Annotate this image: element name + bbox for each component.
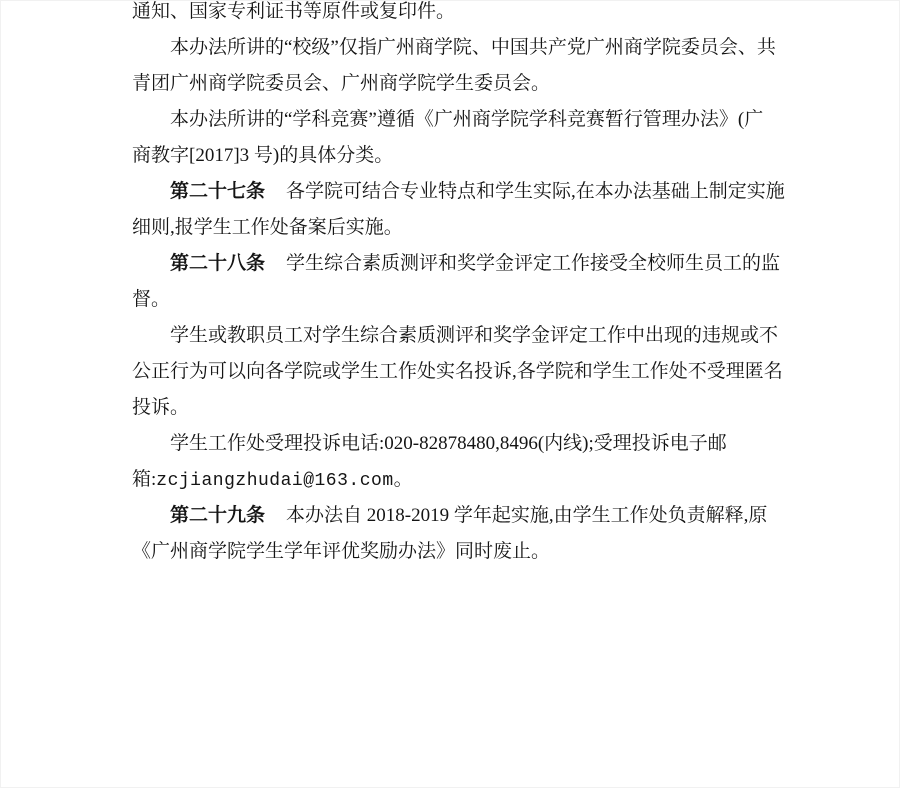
doc-line-text: 本办法所讲的“校级”仅指广州商学院、中国共产党广州商学院委员会、共 [170, 37, 776, 58]
doc-line-text: 公正行为可以向各学院或学生工作处实名投诉,各学院和学生工作处不受理匿名 [132, 361, 783, 382]
doc-line: 通知、国家专利证书等原件或复印件。 [132, 0, 892, 30]
doc-line: 投诉。 [132, 390, 892, 426]
document-text-block: 通知、国家专利证书等原件或复印件。 本办法所讲的“校级”仅指广州商学院、中国共产… [132, 0, 892, 570]
doc-line-text: 青团广州商学院委员会、广州商学院学生委员会。 [132, 73, 550, 94]
doc-line-text: 督。 [132, 289, 170, 310]
doc-line-text: 学生工作处受理投诉电话:020-82878480,8496(内线);受理投诉电子… [170, 433, 727, 454]
doc-line: 商教字[2017]3 号)的具体分类。 [132, 138, 892, 174]
document-page: 通知、国家专利证书等原件或复印件。 本办法所讲的“校级”仅指广州商学院、中国共产… [0, 0, 900, 788]
doc-line-text: 学生或教职员工对学生综合素质测评和奖学金评定工作中出现的违规或不 [170, 325, 778, 346]
doc-line: 本办法所讲的“学科竞赛”遵循《广州商学院学科竞赛暂行管理办法》(广 [132, 102, 892, 138]
doc-line-article-27: 第二十七条各学院可结合专业特点和学生实际,在本办法基础上制定实施 [132, 174, 892, 210]
doc-line: 本办法所讲的“校级”仅指广州商学院、中国共产党广州商学院委员会、共 [132, 30, 892, 66]
article-27-heading: 第二十七条 [170, 181, 265, 202]
doc-line-text: 通知、国家专利证书等原件或复印件。 [132, 1, 455, 22]
doc-line: 青团广州商学院委员会、广州商学院学生委员会。 [132, 66, 892, 102]
doc-line: 学生或教职员工对学生综合素质测评和奖学金评定工作中出现的违规或不 [132, 318, 892, 354]
doc-line-article-28: 第二十八条学生综合素质测评和奖学金评定工作接受全校师生员工的监 [132, 246, 892, 282]
doc-line-text: 本办法所讲的“学科竞赛”遵循《广州商学院学科竞赛暂行管理办法》(广 [170, 109, 763, 130]
doc-line-text: 学生综合素质测评和奖学金评定工作接受全校师生员工的监 [286, 253, 780, 274]
article-29-heading: 第二十九条 [170, 505, 265, 526]
doc-line-text: 箱: [132, 469, 156, 490]
doc-line: 公正行为可以向各学院或学生工作处实名投诉,各学院和学生工作处不受理匿名 [132, 354, 892, 390]
email-address: zcjiangzhudai@163.com [156, 471, 393, 491]
doc-line: 督。 [132, 282, 892, 318]
doc-line-text: 商教字[2017]3 号)的具体分类。 [132, 145, 393, 166]
doc-line: 细则,报学生工作处备案后实施。 [132, 210, 892, 246]
doc-line-text: 各学院可结合专业特点和学生实际,在本办法基础上制定实施 [286, 181, 785, 202]
doc-line-article-29: 第二十九条本办法自 2018-2019 学年起实施,由学生工作处负责解释,原 [132, 498, 892, 534]
doc-line-text: 《广州商学院学生学年评优奖励办法》同时废止。 [132, 541, 550, 562]
doc-line-text: 本办法自 2018-2019 学年起实施,由学生工作处负责解释,原 [286, 505, 767, 526]
doc-line-text: 。 [394, 469, 413, 490]
doc-line-email: 箱:zcjiangzhudai@163.com。 [132, 462, 892, 498]
doc-line-phone: 学生工作处受理投诉电话:020-82878480,8496(内线);受理投诉电子… [132, 426, 892, 462]
doc-line-text: 细则,报学生工作处备案后实施。 [132, 217, 403, 238]
doc-line: 《广州商学院学生学年评优奖励办法》同时废止。 [132, 534, 892, 570]
doc-line-text: 投诉。 [132, 397, 189, 418]
article-28-heading: 第二十八条 [170, 253, 265, 274]
